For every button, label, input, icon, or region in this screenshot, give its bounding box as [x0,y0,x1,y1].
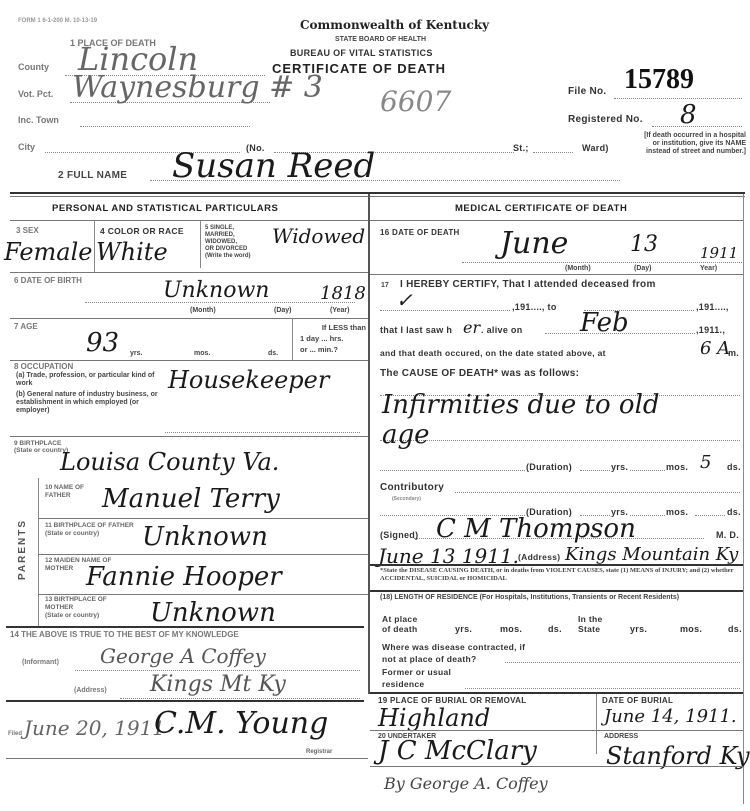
marital-status-value: Widowed [272,224,365,248]
city-label: City [18,142,35,152]
cause-footnote: *State the DISEASE CAUSING DEATH, or in … [380,567,740,583]
county-label: County [18,62,49,72]
filed-label: Filed [8,731,22,737]
last-saw-prefix: that I last saw h [380,325,452,335]
death-time-suffix: m. [728,348,739,358]
duration-label: (Duration) [526,462,572,472]
signed-value: C M Thompson [436,514,636,544]
medical-heading: MEDICAL CERTIFICATE OF DEATH [455,203,627,214]
attended-line: ,191...., to [512,302,557,312]
file-no-value: 15789 [624,64,694,96]
certify-text: I HEREBY CERTIFY, That I attended deceas… [400,279,656,290]
in-state-mos: mos. [680,624,702,634]
full-name-value: Susan Reed [172,146,375,186]
duration-mos: mos. [666,462,688,472]
father-birthplace-label: 11 BIRTHPLACE OF FATHER (State or countr… [45,522,135,538]
physician-address-value: Kings Mountain Ky [565,544,738,565]
death-time: 6 A [700,338,730,359]
race-value: White [96,238,168,266]
ward-label: Ward) [582,143,609,153]
informant-address-value: Kings Mt Ky [150,672,286,697]
undertaker-address-label: ADDRESS [604,733,638,741]
at-place-mos: mos. [500,624,522,634]
mother-birthplace-value: Unknown [150,598,276,628]
last-saw-mid: . alive on [481,325,523,335]
registered-no-label: Registered No. [568,114,643,125]
duration2-mos: mos. [666,507,688,517]
physician-address-label: (Address) [518,552,560,562]
dob-month-caption: (Month) [190,307,216,315]
sex-value: Female [4,238,93,266]
parents-label: PARENTS [17,519,28,580]
birthplace-value: Louisa County Va. [60,448,279,476]
registered-no-value: 8 [680,100,697,130]
dod-month-caption: (Month) [565,265,591,273]
contributory-sub: (Secondary) [392,495,421,503]
dod-month: June [500,226,568,261]
age-value: 93 [86,328,119,358]
board-name: STATE BOARD OF HEALTH [335,36,426,44]
age-mos-label: mos. [194,350,210,358]
dob-year: 1818 [320,283,366,304]
state-title: Commonwealth of Kentucky [300,18,489,32]
death-occurred-text: and that death occured, on the date stat… [380,348,606,358]
last-saw-value: Feb [580,308,629,338]
registrar-signature: C.M. Young [154,706,328,741]
filed-date: June 20, 1911 [24,716,165,740]
form-number: FORM 1 6-1-200 M. 10-13-19 [18,18,97,24]
marital-status-label: 5 SINGLE, MARRIED, WIDOWED, OR DIVORCED … [205,225,251,260]
in-state-yrs: yrs. [630,624,647,634]
informant-statement: 14 THE ABOVE IS TRUE TO THE BEST OF MY K… [10,630,239,639]
informant-address-label: (Address) [74,687,107,694]
attended-from-mark: ✓ [396,288,413,312]
dod-year-caption: Year) [700,265,717,273]
duration-days-value: 5 [700,452,711,473]
in-state-ds: ds. [728,624,742,634]
informant-value: George A Coffey [100,644,266,668]
father-name-value: Manuel Terry [102,484,280,514]
dob-day-caption: (Day) [274,307,292,315]
at-place-label: At place of death [382,614,422,634]
father-birthplace-value: Unknown [142,522,268,552]
race-label: 4 COLOR OR RACE [100,226,184,236]
age-yrs-label: yrs. [130,350,142,358]
occupation-a-label: (a) Trade, profession, or particular kin… [16,372,166,388]
registrar-label: Registrar [306,748,332,756]
undertaker-value: J C McClary [378,736,537,766]
mother-name-value: Fannie Hooper [86,562,282,592]
burial-date-label: DATE OF BURIAL [602,696,673,705]
st-label: St.; [513,143,529,153]
file-no-label: File No. [568,86,607,97]
cause-line-1: Infirmities due to old [382,390,660,420]
occupation-value: Housekeeper [168,366,329,394]
cause-line-2: age [382,420,430,450]
mother-birthplace-label: 13 BIRTHPLACE OF MOTHER (State or countr… [45,596,135,620]
stamp-number: 6607 [380,85,451,118]
personal-heading: PERSONAL AND STATISTICAL PARTICULARS [52,203,278,214]
signed-label: (Signed) [380,530,418,540]
hospital-note: [If death occurred in a hospital or inst… [638,132,746,156]
occupation-label: 8 OCCUPATION [14,362,73,371]
in-state-label: In the State [578,614,608,634]
age-ds-label: ds. [268,350,278,358]
dod-day-caption: (Day) [634,265,652,273]
duration-yrs: yrs. [611,462,628,472]
occupation-b-label: (b) General nature of industry business,… [16,391,166,415]
dod-year: 1911 [700,244,738,262]
duration-ds: ds. [727,462,741,472]
former-residence-label: Former or usual residence [382,666,472,690]
sex-label: 3 SEX [16,226,39,235]
certify-number: 17 [381,282,389,290]
informant-label: (Informant) [22,659,59,666]
inc-town-label: Inc. Town [18,115,59,125]
vot-pct-label: Vot. Pct. [18,89,53,99]
age-label: 7 AGE [14,322,38,331]
burial-date-value: June 14, 1911. [604,706,737,727]
less-than-day: If LESS than 1 day ... hrs. or ... min.? [300,322,366,355]
residence-heading: (18) LENGTH OF RESIDENCE (For Hospitals,… [380,594,740,602]
undertaker-by: By George A. Coffey [384,774,548,793]
contributory-label: Contributory [380,482,444,493]
at-place-ds: ds. [548,624,562,634]
last-saw-pronoun: er [463,318,480,337]
dob-year-caption: (Year) [330,307,349,315]
at-place-yrs: yrs. [455,624,472,634]
last-saw-year: ,1911., [696,325,725,335]
father-name-label: 10 NAME OF FATHER [45,484,105,500]
dod-day: 13 [630,232,658,257]
attended-year: ,191...., [696,302,729,312]
full-name-label: 2 FULL NAME [58,170,127,181]
vot-pct-value: Waynesburg # 3 [72,70,323,105]
cause-heading: The CAUSE OF DEATH* was as follows: [380,368,579,379]
date-of-death-label: 16 DATE OF DEATH [380,228,460,237]
bureau-name: BUREAU OF VITAL STATISTICS [290,48,433,58]
dob-label: 6 DATE OF BIRTH [14,276,82,285]
duration2-ds: ds. [727,507,741,517]
md-label: M. D. [716,530,739,540]
dob-month: Unknown [163,278,269,303]
burial-place-value: Highland [378,704,490,732]
